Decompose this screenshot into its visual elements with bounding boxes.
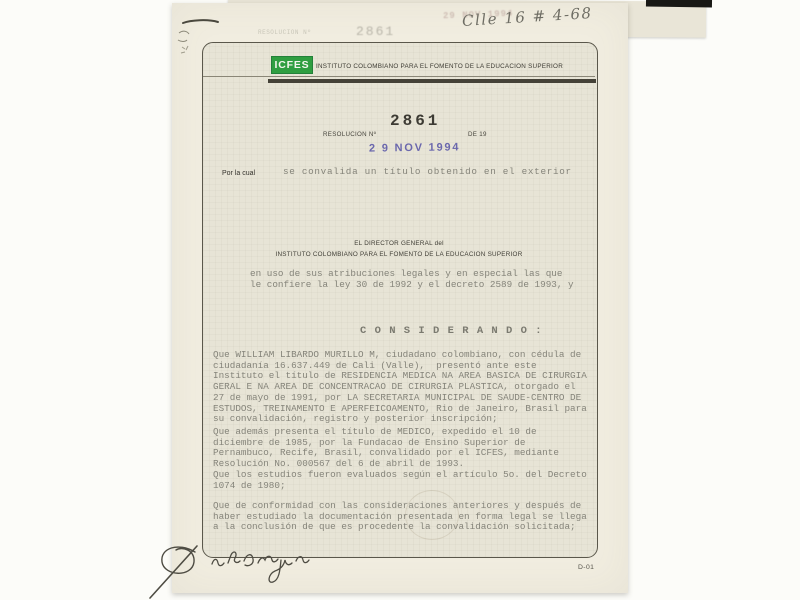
resolution-subject: se convalida un título obtenido en el ex…	[283, 166, 572, 177]
resolution-number: 2861	[390, 112, 440, 130]
preamble-label: Por la cual	[222, 170, 255, 177]
considerando-paragraph-2: Que además presenta el título de MEDICO,…	[213, 427, 559, 470]
institution-name: INSTITUTO COLOMBIANO PARA EL FOMENTO DE …	[202, 251, 596, 258]
director-title: EL DIRECTOR GENERAL del	[202, 240, 596, 247]
considerando-paragraph-3: Que los estudios fueron evaluados según …	[213, 470, 587, 491]
powers-text: en uso de sus atribuciones legales y en …	[250, 269, 574, 290]
header-rule-thin	[203, 76, 595, 77]
signature-scribble	[140, 540, 330, 600]
date-stamp: 2 9 NOV 1994	[369, 141, 460, 154]
org-name: INSTITUTO COLOMBIANO PARA EL FOMENTO DE …	[316, 63, 563, 70]
considerando-paragraph-1: Que WILLIAM LIBARDO MURILLO M, ciudadano…	[213, 350, 587, 425]
black-corner-mark	[646, 0, 712, 8]
scanned-document: 2861 RESOLUCION Nº 29 NOV 1994 Clle 16 #…	[0, 0, 800, 600]
header-rule-thick	[268, 79, 596, 83]
resolution-year-label: DE 19	[468, 131, 487, 138]
icfes-logo: ICFES	[271, 56, 313, 74]
considerando-heading: C O N S I D E R A N D O :	[360, 325, 543, 337]
form-code: D-01	[578, 564, 594, 571]
considerando-paragraph-4: Que de conformidad con las consideracion…	[213, 501, 587, 533]
resolution-number-label: RESOLUCION Nº	[323, 131, 376, 138]
ghost-resolution-number: 2861	[356, 24, 395, 39]
ghost-resolution-label: RESOLUCION Nº	[258, 29, 311, 36]
